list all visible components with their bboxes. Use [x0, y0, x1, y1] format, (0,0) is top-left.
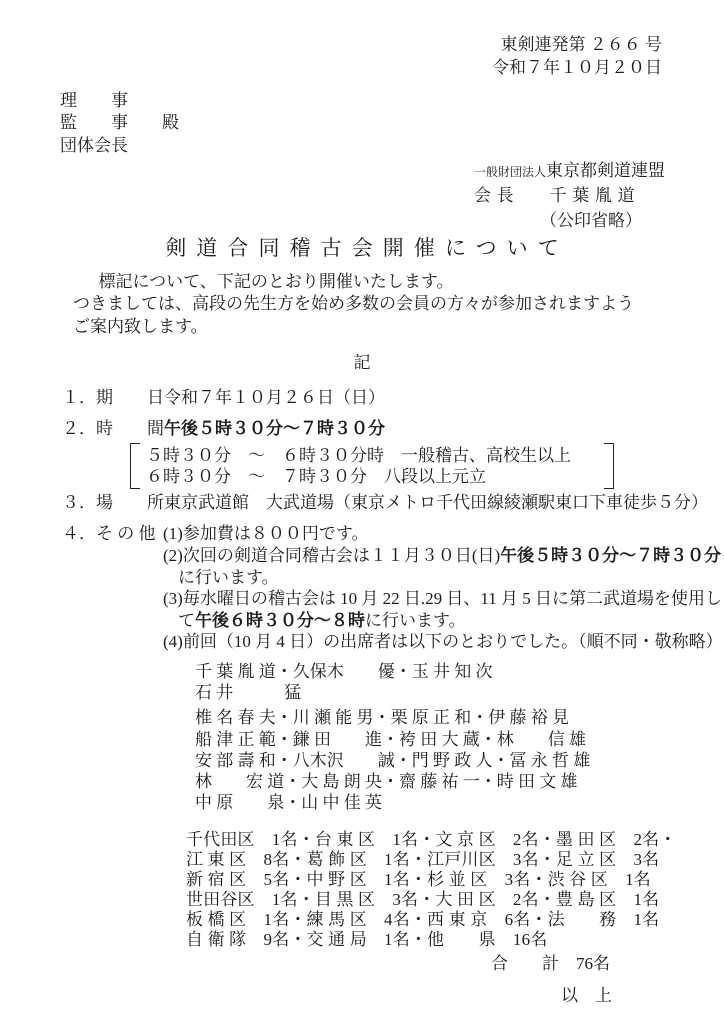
item-label-date: 期 日: [96, 387, 164, 409]
closing-marker: 以 上: [0, 985, 724, 1007]
other-sub-next-session: (2)次回の剣道合同稽古会は１１月３０日(日)午後５時３０分～７時３０分 に行い…: [163, 545, 724, 588]
item-value-date: 令和７年１０月２６日（日）: [164, 388, 385, 407]
attendee-list-primary: 千 葉 胤 道・久保木 優・玉 井 知 次 石 井 猛: [195, 661, 724, 704]
sender-block: 一般財団法人東京都剣道連盟 会 長 千 葉 胤 道 （公印省略）: [474, 160, 724, 232]
sub-text-wednesday-time-bold: 午後６時３０分～８時: [195, 611, 365, 630]
intro-paragraph: 標記について、下記のとおり開催いたします。 つきましては、高段の先生方を始め多数…: [73, 271, 662, 338]
other-sub-previous-attendance: (4)前回（10 月 4 日）の出席者は以下のとおりでした。（順不同・敬称略）: [163, 631, 724, 653]
sub-marker: (1): [163, 524, 183, 543]
intro-line-1: 標記について、下記のとおり開催いたします。: [73, 271, 662, 293]
bracket-line-8dan-motodachi: ６時３０分 ～ ７時３０分 八段以上元立: [146, 466, 598, 487]
item-time-row: ２．時 間午後５時３０分～７時３０分: [62, 418, 724, 440]
sub-marker: (3): [163, 589, 183, 608]
recipients-block: 理 事 監 事 殿 団体会長: [60, 90, 724, 158]
record-marker: 記: [0, 352, 724, 374]
document-title: 剣道合同稽古会開催について: [0, 235, 724, 262]
org-type-prefix: 一般財団法人: [474, 165, 546, 179]
item-number: ２．: [62, 418, 96, 440]
item-number: ４．: [62, 523, 96, 545]
sub-marker: (2): [163, 546, 183, 565]
other-sub-wednesday-practice: (3)毎水曜日の稽古会は 10 月 22 日.29 日、11 月 5 日に第二武…: [163, 588, 724, 631]
sub-text-wednesday-dates: 毎水曜日の稽古会は 10 月 22 日.29 日、11 月 5 日に第二武道場を…: [183, 589, 722, 608]
sub-text-previous: 前回（10 月 4 日）の出席者は以下のとおりでした。（順不同・敬称略）: [183, 632, 723, 651]
item-label-time: 時 間: [96, 418, 164, 440]
intro-line-3: ご案内致します。: [73, 316, 662, 338]
sub-text-next-date: 次回の剣道合同稽古会は１１月３０日(日): [183, 546, 500, 565]
other-sub-items: (1)参加費は８００円です。 (2)次回の剣道合同稽古会は１１月３０日(日)午後…: [163, 523, 724, 652]
sender-organization: 一般財団法人東京都剣道連盟: [474, 160, 724, 181]
item-other-row: ４．そ の 他 (1)参加費は８００円です。 (2)次回の剣道合同稽古会は１１月…: [62, 523, 724, 652]
sub-text-cont-post: に行います。: [365, 611, 466, 630]
item-label-other: そ の 他: [96, 524, 156, 543]
attendee-list-secondary: 椎 名 春 夫・川 瀬 能 男・栗 原 正 和・伊 藤 裕 見 船 津 正 範・…: [195, 707, 724, 813]
item-value-place: 東京武道館 大武道場（東京メトロ千代田線綾瀬駅東口下車徒歩５分）: [164, 493, 708, 512]
ward-count-list: 千代田区 1名・台 東 区 1名・文 京 区 2名・墨 田 区 2名・ 江 東 …: [186, 830, 724, 950]
recipient-line-group-presidents: 団体会長: [60, 135, 724, 158]
sub-text-wednesday-cont: て午後６時３０分～８時に行います。: [178, 610, 724, 632]
president-name: 会 長 千 葉 胤 道: [474, 185, 724, 206]
item-number: １．: [62, 387, 96, 409]
sub-text-cont-pre: て: [178, 611, 195, 630]
time-detail-bracket: ５時３０分 ～ ６時３０分時 一般稽古、高校生以上 ６時３０分 ～ ７時３０分 …: [130, 443, 614, 489]
sub-text-next-cont: に行います。: [178, 567, 724, 589]
other-sub-fee: (1)参加費は８００円です。: [163, 523, 724, 545]
bracket-line-general-practice: ５時３０分 ～ ６時３０分時 一般稽古、高校生以上: [146, 445, 598, 466]
item-value-time: 午後５時３０分～７時３０分: [164, 419, 385, 438]
sub-marker: (4): [163, 632, 183, 651]
issue-date: 令和７年１０月２０日: [0, 57, 662, 80]
sub-text-fee: 参加費は８００円です。: [183, 524, 369, 543]
issue-number: 東剣連発第 ２６６ 号: [0, 34, 662, 57]
intro-line-2: つきましては、高段の先生方を始め多数の会員の方々が参加されますよう: [73, 293, 662, 315]
seal-omitted-note: （公印省略）: [474, 210, 724, 231]
org-name: 東京都剣道連盟: [546, 161, 665, 180]
item-number: ３．: [62, 492, 96, 514]
document-header: 東剣連発第 ２６６ 号 令和７年１０月２０日: [0, 0, 724, 80]
item-place-row: ３．場 所東京武道館 大武道場（東京メトロ千代田線綾瀬駅東口下車徒歩５分）: [62, 492, 724, 514]
document-page: 東剣連発第 ２６６ 号 令和７年１０月２０日 理 事 監 事 殿 団体会長 一般…: [0, 0, 724, 1024]
total-count: 合 計 76名: [0, 953, 724, 975]
sub-text-next-time-bold: 午後５時３０分～７時３０分: [500, 546, 721, 565]
item-other-head: ４．そ の 他: [62, 523, 156, 545]
recipient-line-auditors: 監 事 殿: [60, 112, 724, 135]
item-date-row: １．期 日令和７年１０月２６日（日）: [62, 387, 724, 409]
recipient-line-directors: 理 事: [60, 90, 724, 113]
item-label-place: 場 所: [96, 492, 164, 514]
